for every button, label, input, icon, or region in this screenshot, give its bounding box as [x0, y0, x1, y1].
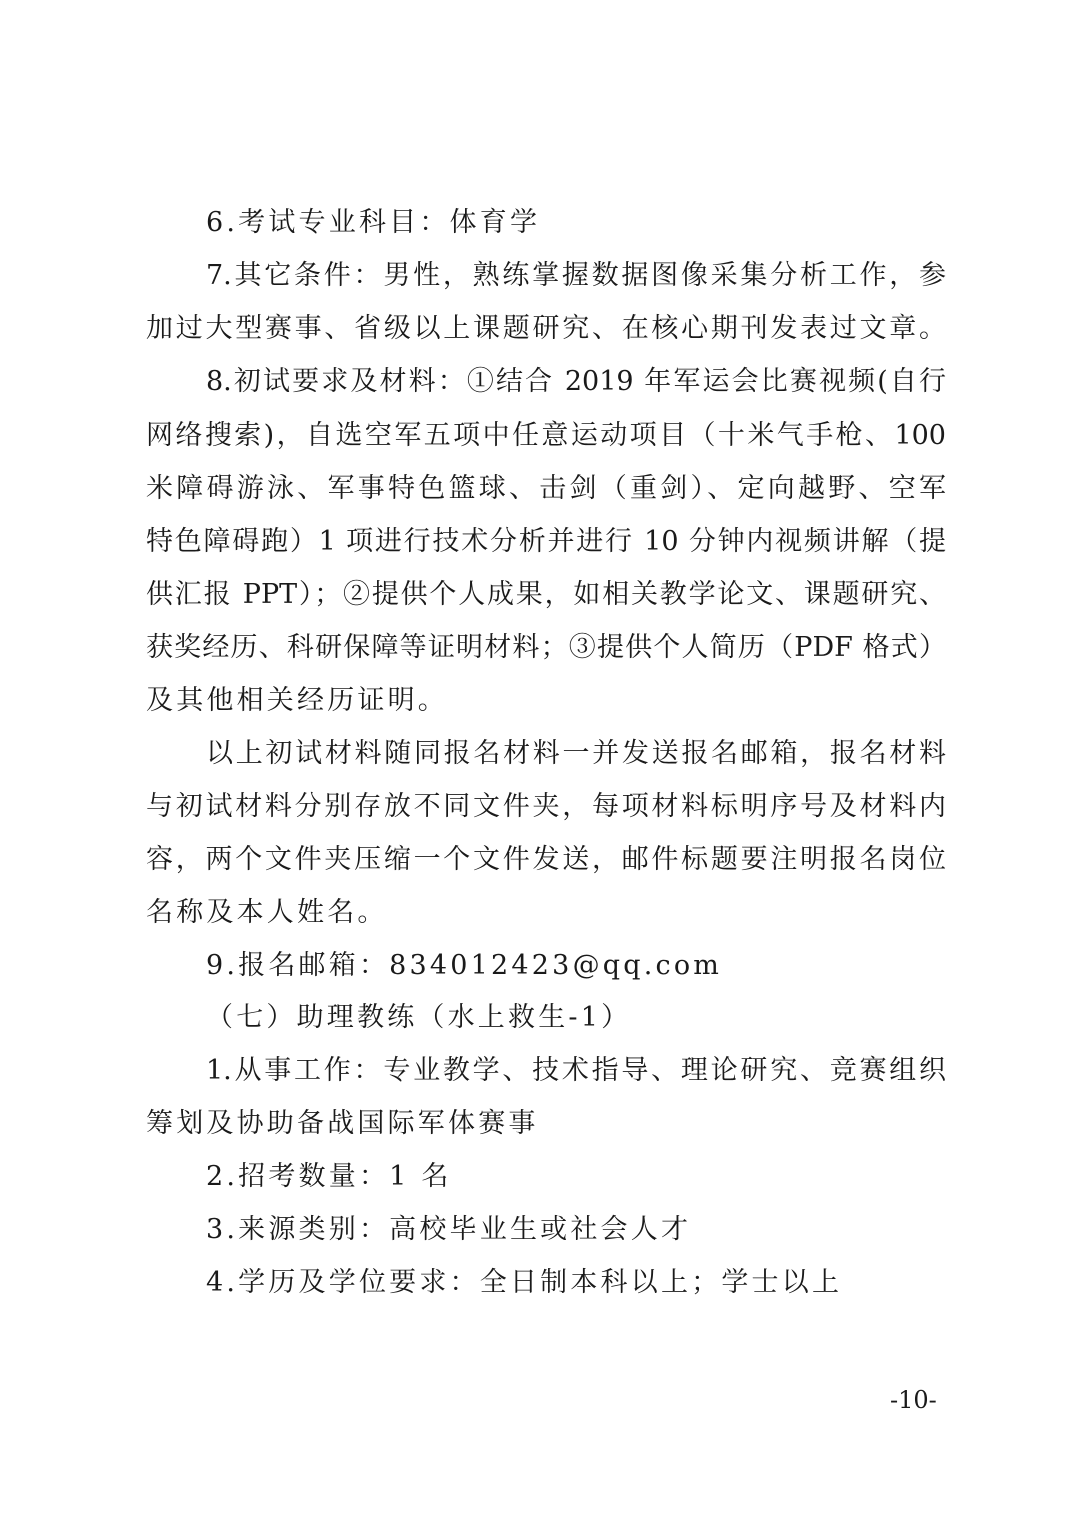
item-8-line-6: 获奖经历、科研保障等证明材料；③提供个人简历（PDF 格式） — [146, 630, 946, 666]
item-8-preliminary-requirements: 8.初试要求及材料：①结合 2019 年军运会比赛视频(自行 — [206, 364, 946, 400]
document-page: 6.考试专业科目：体育学 7.其它条件：男性，熟练掌握数据图像采集分析工作，参 … — [0, 0, 1080, 1527]
section-7-assistant-coach-heading: （七）助理教练（水上救生-1） — [206, 1000, 1006, 1036]
submission-note: 以上初试材料随同报名材料一并发送报名邮箱，报名材料 — [206, 736, 946, 772]
item-8-line-4: 特色障碍跑）1 项进行技术分析并进行 10 分钟内视频讲解（提 — [146, 524, 946, 560]
submission-note-line-4: 名称及本人姓名。 — [146, 895, 946, 931]
item-8-line-5: 供汇报 PPT）；②提供个人成果，如相关教学论文、课题研究、 — [146, 577, 946, 613]
item-4-education-requirements: 4.学历及学位要求：全日制本科以上；学士以上 — [206, 1265, 1006, 1301]
item-8-line-3: 米障碍游泳、军事特色篮球、击剑（重剑）、定向越野、空军 — [146, 471, 946, 507]
item-2-recruitment-quantity: 2.招考数量：1 名 — [206, 1159, 1006, 1195]
item-8-line-2: 网络搜索)，自选空军五项中任意运动项目（十米气手枪、100 — [146, 418, 946, 454]
item-6-exam-subject: 6.考试专业科目：体育学 — [206, 205, 1006, 241]
item-1-work-duties: 1.从事工作：专业教学、技术指导、理论研究、竞赛组织 — [206, 1053, 946, 1089]
item-7-continued: 加过大型赛事、省级以上课题研究、在核心期刊发表过文章。 — [146, 311, 946, 347]
item-7-other-conditions: 7.其它条件：男性，熟练掌握数据图像采集分析工作，参 — [206, 258, 946, 294]
submission-note-line-2: 与初试材料分别存放不同文件夹，每项材料标明序号及材料内 — [146, 789, 946, 825]
item-3-source-category: 3.来源类别：高校毕业生或社会人才 — [206, 1212, 1006, 1248]
item-1-continued: 筹划及协助备战国际军体赛事 — [146, 1106, 946, 1142]
item-9-registration-email: 9.报名邮箱：834012423@qq.com — [206, 948, 1006, 984]
page-number: -10- — [890, 1386, 937, 1414]
item-8-line-7: 及其他相关经历证明。 — [146, 683, 946, 719]
submission-note-line-3: 容，两个文件夹压缩一个文件发送，邮件标题要注明报名岗位 — [146, 842, 946, 878]
